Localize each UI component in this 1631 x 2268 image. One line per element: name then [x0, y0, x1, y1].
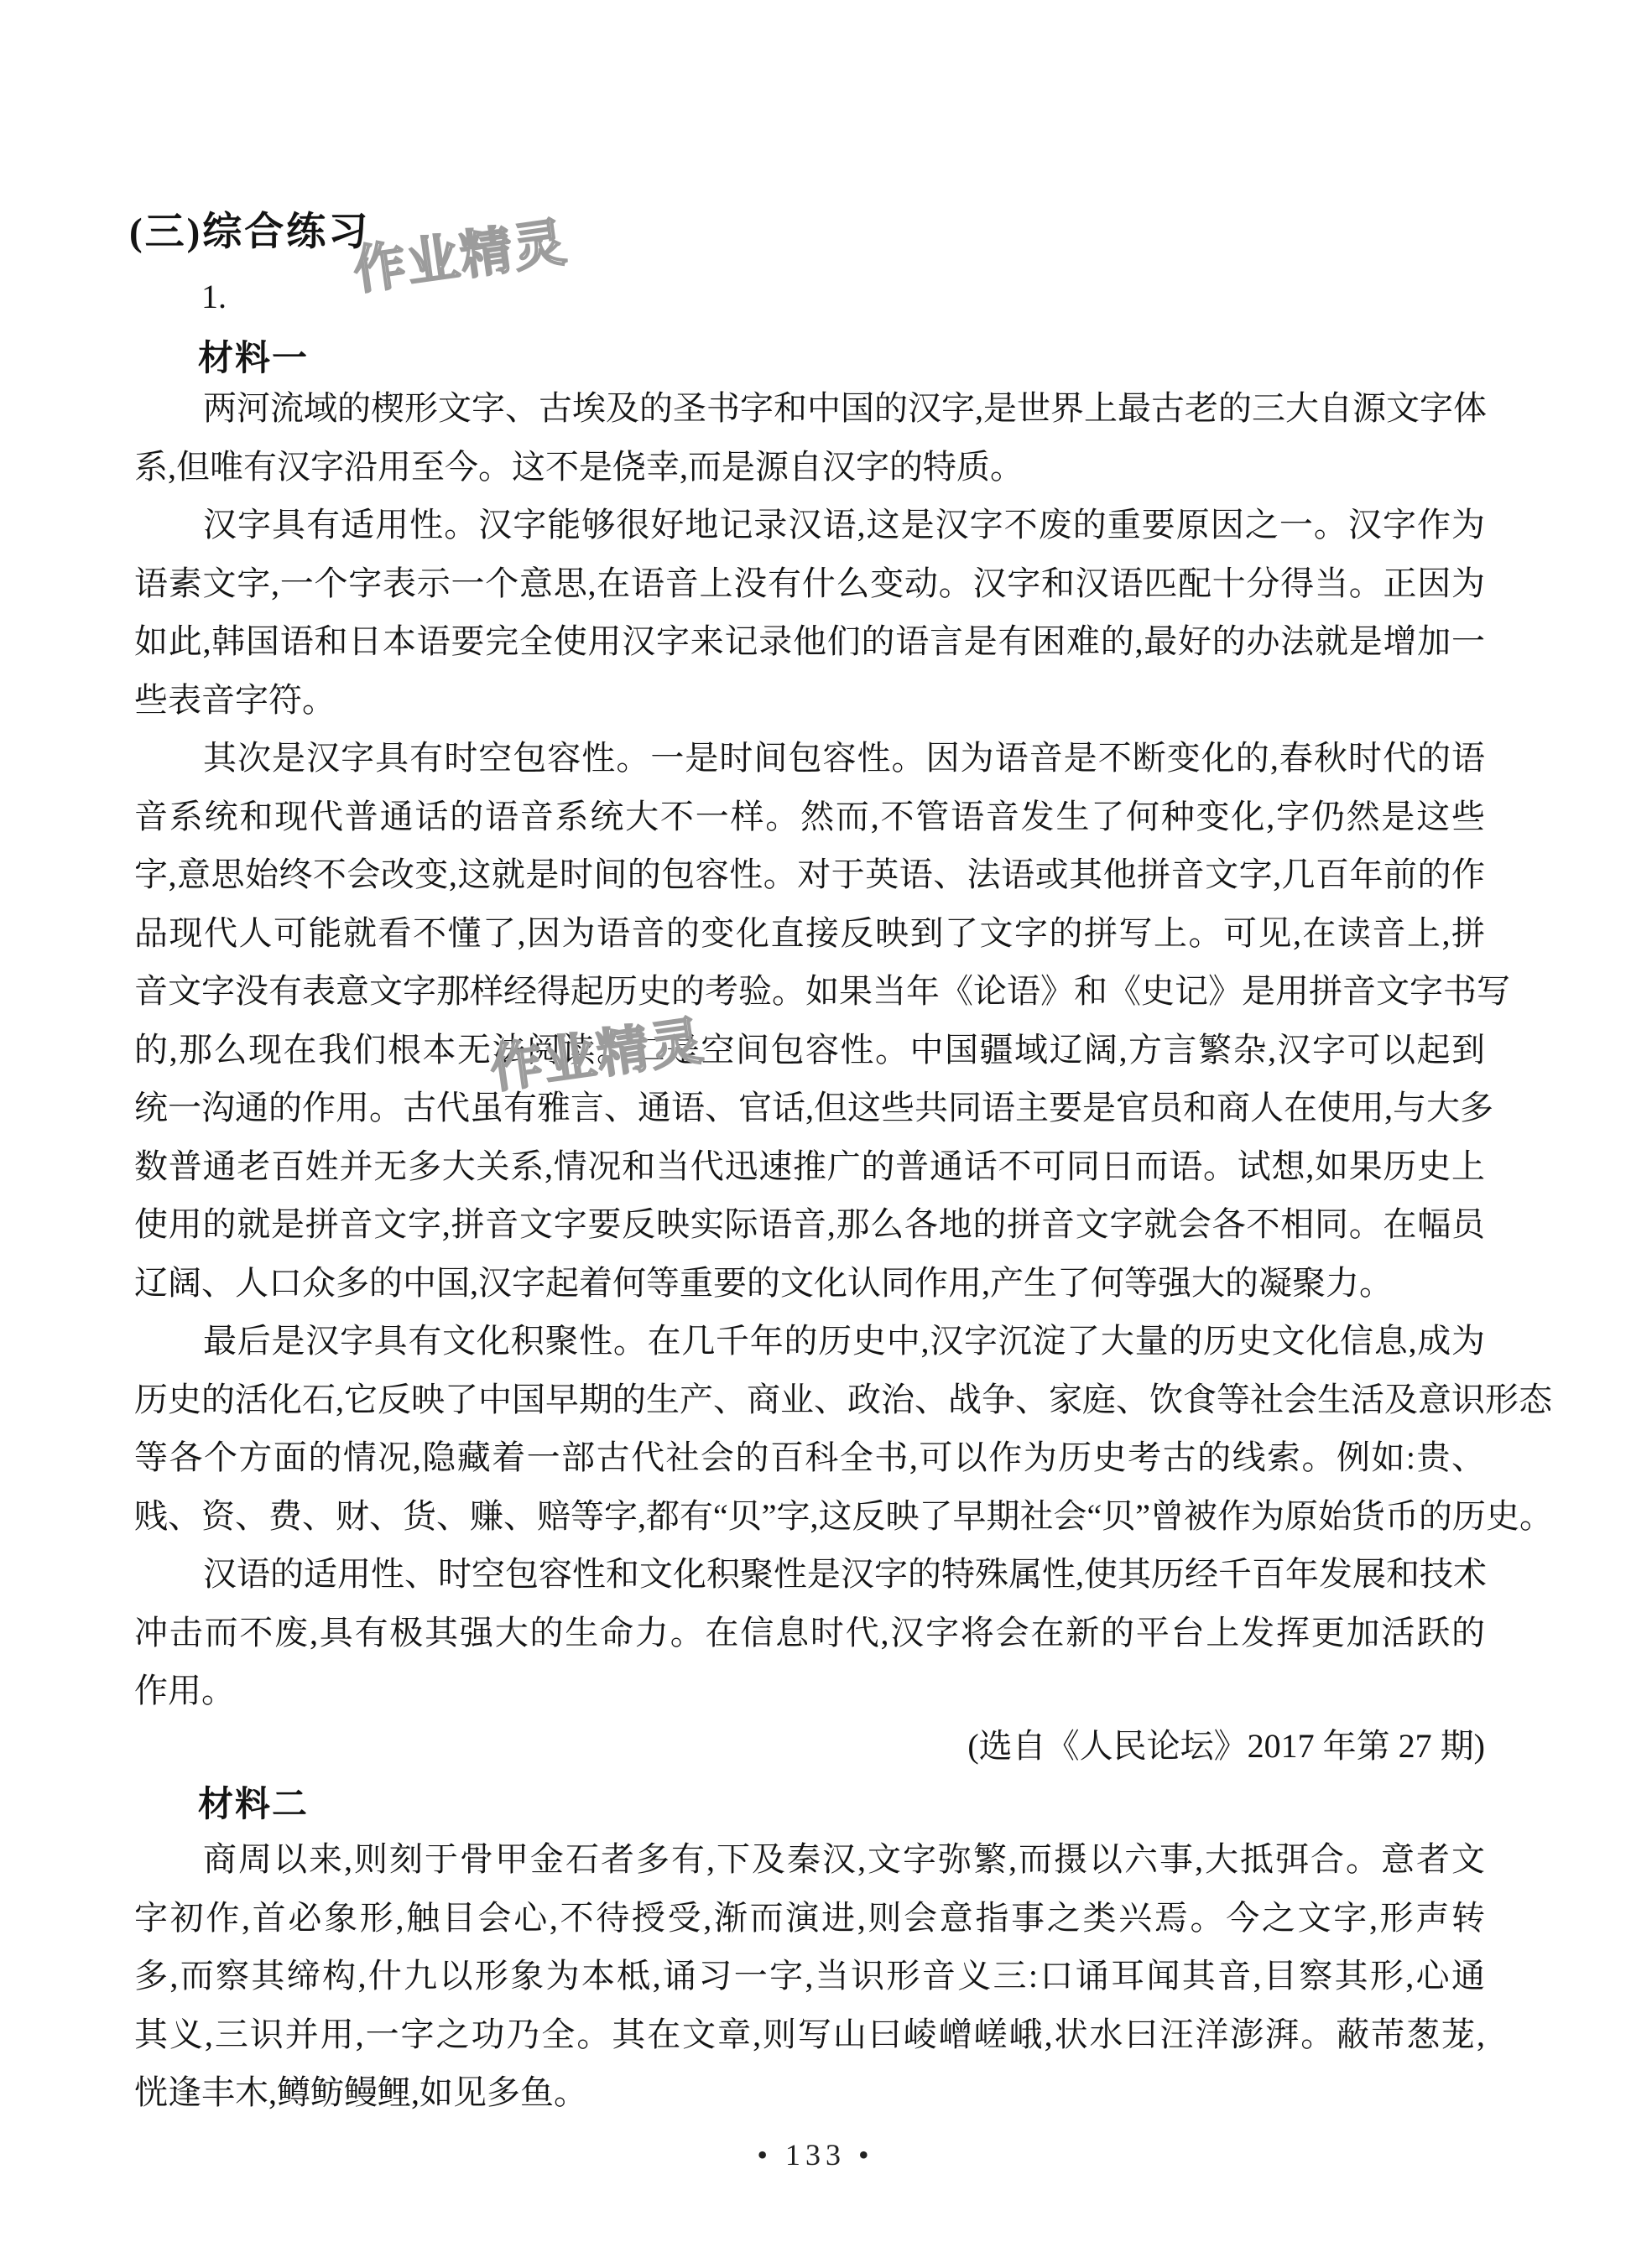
- text-line: 汉字具有适用性。汉字能够很好地记录汉语,这是汉字不废的重要原因之一。汉字作为: [134, 496, 1485, 554]
- text-line: 音系统和现代普通话的语音系统大不一样。然而,不管语音发生了何种变化,字仍然是这些: [134, 788, 1485, 846]
- text-line: 贱、资、费、财、货、赚、赔等字,都有“贝”字,这反映了早期社会“贝”曾被作为原始…: [134, 1487, 1485, 1546]
- page-number: • 133 •: [0, 2137, 1631, 2172]
- text-line: 等各个方面的情况,隐藏着一部古代社会的百科全书,可以作为历史考古的线索。例如:贵…: [134, 1428, 1485, 1487]
- text-line: 多,而察其缔构,什九以形象为本柢,诵习一字,当识形音义三:口诵耳闻其音,目察其形…: [134, 1947, 1485, 2005]
- text-line: 历史的活化石,它反映了中国早期的生产、商业、政治、战争、家庭、饮食等社会生活及意…: [134, 1371, 1485, 1429]
- text-line: 恍逢丰木,鳟鲂鳗鲤,如见多鱼。: [134, 2063, 1485, 2122]
- material-one-body: 两河流域的楔形文字、古埃及的圣书字和中国的汉字,是世界上最古老的三大自源文字体系…: [134, 379, 1485, 1720]
- text-line: 汉语的适用性、时空包容性和文化积聚性是汉字的特殊属性,使其历经千百年发展和技术: [134, 1545, 1485, 1604]
- text-line: 最后是汉字具有文化积聚性。在几千年的历史中,汉字沉淀了大量的历史文化信息,成为: [134, 1312, 1485, 1371]
- page-title: (三)综合练习: [129, 200, 370, 257]
- text-line: 其义,三识并用,一字之功乃全。其在文章,则写山曰崚嶒嵯峨,状水曰汪洋澎湃。蔽芾葱…: [134, 2005, 1485, 2064]
- text-line: 字初作,首必象形,触目会心,不待授受,渐而演进,则会意指事之类兴焉。今之文字,形…: [134, 1889, 1485, 1948]
- text-line: 语素文字,一个字表示一个意思,在语音上没有什么变动。汉字和汉语匹配十分得当。正因…: [134, 554, 1485, 613]
- text-line: 些表音字符。: [134, 671, 1485, 730]
- text-line: 如此,韩国语和日本语要完全使用汉字来记录他们的语言是有困难的,最好的办法就是增加…: [134, 612, 1485, 671]
- text-line: 字,意思始终不会改变,这就是时间的包容性。对于英语、法语或其他拼音文字,几百年前…: [134, 845, 1485, 904]
- text-line: 的,那么现在我们根本无法阅读。二是空间包容性。中国疆域辽阔,方言繁杂,汉字可以起…: [134, 1021, 1485, 1079]
- text-line: 音文字没有表意文字那样经得起历史的考验。如果当年《论语》和《史记》是用拼音文字书…: [134, 962, 1485, 1021]
- textbook-page: (三)综合练习 作业精灵 1. 材料一 两河流域的楔形文字、古埃及的圣书字和中国…: [0, 0, 1631, 2268]
- material-two-body: 商周以来,则刻于骨甲金石者多有,下及秦汉,文字弥繁,而摄以六事,大抵弭合。意者文…: [134, 1830, 1485, 2122]
- material-one-heading: 材料一: [198, 330, 309, 381]
- exercise-number: 1.: [201, 277, 227, 316]
- text-line: 商周以来,则刻于骨甲金石者多有,下及秦汉,文字弥繁,而摄以六事,大抵弭合。意者文: [134, 1830, 1485, 1889]
- text-line: 辽阔、人口众多的中国,汉字起着何等重要的文化认同作用,产生了何等强大的凝聚力。: [134, 1254, 1485, 1313]
- text-line: 两河流域的楔形文字、古埃及的圣书字和中国的汉字,是世界上最古老的三大自源文字体: [134, 379, 1485, 438]
- material-one-source: (选自《人民论坛》2017 年第 27 期): [967, 1719, 1485, 1767]
- text-line: 冲击而不废,具有极其强大的生命力。在信息时代,汉字将会在新的平台上发挥更加活跃的: [134, 1604, 1485, 1662]
- material-two-heading: 材料二: [198, 1776, 309, 1827]
- text-line: 数普通老百姓并无多大关系,情况和当代迅速推广的普通话不可同日而语。试想,如果历史…: [134, 1137, 1485, 1196]
- text-line: 统一沟通的作用。古代虽有雅言、通语、官话,但这些共同语主要是官员和商人在使用,与…: [134, 1079, 1485, 1137]
- text-line: 作用。: [134, 1662, 1485, 1720]
- text-line: 其次是汉字具有时空包容性。一是时间包容性。因为语音是不断变化的,春秋时代的语: [134, 729, 1485, 788]
- text-line: 系,但唯有汉字沿用至今。这不是侥幸,而是源自汉字的特质。: [134, 438, 1485, 497]
- text-line: 品现代人可能就看不懂了,因为语音的变化直接反映到了文字的拼写上。可见,在读音上,…: [134, 904, 1485, 963]
- watermark-text: 作业精灵: [348, 200, 571, 304]
- text-line: 使用的就是拼音文字,拼音文字要反映实际语音,那么各地的拼音文字就会各不相同。在幅…: [134, 1195, 1485, 1254]
